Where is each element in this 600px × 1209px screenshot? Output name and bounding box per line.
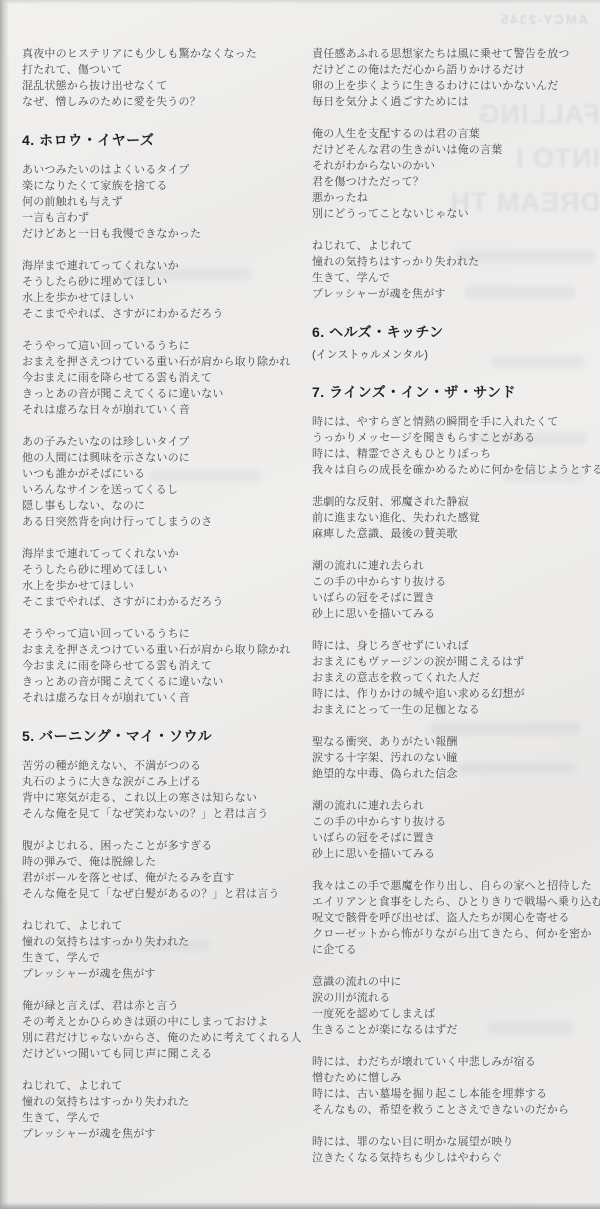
lyric-stanza: 時には、身じろぎせずにいればおまえにもヴァージンの涙が聞こえるはずおまえの意志を… [312,638,598,718]
lyric-line: あの子みたいなのは珍しいタイプ [22,434,308,450]
track-heading: 6. ヘルズ・キッチン [312,322,598,342]
lyric-line: そんなもの、希望を救うことさえできないのだから [312,1102,598,1118]
lyric-line: 憎むために憎しみ [312,1070,598,1086]
lyric-line: 絶望的な中毒、偽られた信念 [312,766,598,782]
lyric-line: 時には、罪のない目に明かな展望が映り [312,1134,598,1150]
lyric-line: 我々はこの手で悪魔を作り出し、自らの家へと招待した [312,878,598,894]
lyric-stanza: 意識の流れの中に涙の川が流れる一度死を認めてしまえば生きることが楽になるはずだ [312,974,598,1038]
lyric-stanza: ねじれて、よじれて憧れの気持ちはすっかり失われた生きて、学んでプレッシャーが魂を… [22,918,308,982]
lyric-stanza: 腹がよじれる、困ったことが多すぎる時の弾みで、俺は脱線した君がボールを落とせば、… [22,838,308,902]
lyric-line: 責任感あふれる思想家たちは風に乗せて警告を放つ [312,46,598,62]
lyric-line: 潮の流れに連れ去られ [312,798,598,814]
lyric-line: そこまでやれば、さすがにわかるだろう [22,306,308,322]
lyric-line: 俺の人生を支配するのは君の言葉 [312,126,598,142]
lyric-stanza: 苦労の種が絶えない、不満がつのる丸石のように大きな涙がこみ上げる背中に寒気が走る… [22,758,308,822]
lyric-line: うっかりメッセージを聞きもらすことがある [312,430,598,446]
lyric-line: ねじれて、よじれて [22,918,308,934]
lyric-stanza: 俺が緑と言えば、君は赤と言うその考えとかひらめきは頭の中にしまっておけよ別に君だ… [22,998,308,1062]
lyric-line: 砂上に思いを描いてみる [312,606,598,622]
lyric-line: 生きて、学んで [22,950,308,966]
lyric-line: 時の弾みで、俺は脱線した [22,854,308,870]
lyric-line: なぜ、憎しみのために愛を失うの？ [22,94,308,110]
lyric-line: 真夜中のヒステリアにも少しも驚かなくなった [22,46,308,62]
lyric-stanza: そうやって這い回っているうちにおまえを押さえつけている重い石が肩から取り除かれ今… [22,338,308,418]
page-fold-shadow [0,0,9,1209]
lyric-line: だけどそんな君の生きがいは俺の言葉 [312,142,598,158]
lyric-line: 呪文で骸骨を呼び出せば、盗人たちが関心を寄せる [312,910,598,926]
lyric-line: いろんなサインを送ってくるし [22,482,308,498]
lyric-stanza: あの子みたいなのは珍しいタイプ他の人間には興味を示さないのにいつも誰かがそばにい… [22,434,308,530]
lyric-stanza: 悲劇的な反射、邪魔された静寂前に進まない進化、失われた感覚麻痺した意識、最後の賛… [312,494,598,542]
lyric-line: プレッシャーが魂を焦がす [22,966,308,982]
lyric-line: 君を傷つけただって？ [312,174,598,190]
lyric-line: おまえの意志を救ってくれた人だ [312,670,598,686]
lyric-line: 砂上に思いを描いてみる [312,846,598,862]
lyric-line: おまえにとって一生の足枷となる [312,702,598,718]
lyric-line: 丸石のように大きな涙がこみ上げる [22,774,308,790]
lyric-line: ねじれて、よじれて [312,238,598,254]
lyric-line: 生きて、学んで [312,270,598,286]
lyric-stanza: ねじれて、よじれて憧れの気持ちはすっかり失われた生きて、学んでプレッシャーが魂を… [22,1078,308,1142]
lyric-line: この手の中からすり抜ける [312,814,598,830]
track-heading: 5. バーニング・マイ・ソウル [22,726,308,746]
lyric-line: 悪かったね [312,190,598,206]
lyric-stanza: 海岸まで連れてってくれないかそうしたら砂に埋めてほしい水上を歩かせてほしいそこま… [22,546,308,610]
track-heading: 7. ラインズ・イン・ザ・サンド [312,382,598,402]
lyric-line: 打たれて、傷ついて [22,62,308,78]
page-top-edge [0,0,600,4]
lyric-line: 楽になりたくて家族を捨てる [22,178,308,194]
lyric-line: その考えとかひらめきは頭の中にしまっておけよ [22,1014,308,1030]
lyric-line: おまえを押さえつけている重い石が肩から取り除かれ [22,642,308,658]
lyric-line: そんな俺を見て「なぜ白髪があるの？」と君は言う [22,886,308,902]
lyric-line: だけどあと一日も我慢できなかった [22,226,308,242]
bleedthrough-catalog-number: AMCY-2345 [448,12,588,27]
lyric-line: あいつみたいのはよくいるタイプ [22,162,308,178]
lyric-line: 聖なる衝突、ありがたい報酬 [312,734,598,750]
lyric-line: 腹がよじれる、困ったことが多すぎる [22,838,308,854]
lyric-line: 悲劇的な反射、邪魔された静寂 [312,494,598,510]
lyric-line: いばらの冠をそばに置き [312,830,598,846]
lyric-line: ねじれて、よじれて [22,1078,308,1094]
lyric-line: だけどいつ聞いても同じ声に聞こえる [22,1046,308,1062]
lyric-line: そうしたら砂に埋めてほしい [22,274,308,290]
lyric-line: 他の人間には興味を示さないのに [22,450,308,466]
lyric-stanza: ねじれて、よじれて憧れの気持ちはすっかり失われた生きて、学んでプレッシャーが魂を… [312,238,598,302]
lyric-sheet-page: AMCY-2345 FALLING INTO I DREAM TH 真夜中のヒス… [0,0,600,1209]
lyric-line: そこまでやれば、さすがにわかるだろう [22,594,308,610]
lyric-line: 生きて、学んで [22,1110,308,1126]
lyric-stanza: 俺の人生を支配するのは君の言葉だけどそんな君の生きがいは俺の言葉それがわからない… [312,126,598,222]
lyric-line: 時には、身じろぎせずにいれば [312,638,598,654]
lyrics-column-right: 責任感あふれる思想家たちは風に乗せて警告を放つだけどこの俺はただ心から語りかける… [312,46,598,1182]
lyric-line: だけどこの俺はただ心から語りかけるだけ [312,62,598,78]
lyric-line: 毎日を気分よく過ごすためには [312,94,598,110]
lyric-line: いばらの冠をそばに置き [312,590,598,606]
lyric-line: おまえにもヴァージンの涙が聞こえるはず [312,654,598,670]
track-heading: 4. ホロウ・イヤーズ [22,130,308,150]
lyric-line: 隠し事もしない、なのに [22,498,308,514]
lyric-line: 時には、やすらぎと情熱の瞬間を手に入れたくて [312,414,598,430]
lyric-line: おまえを押さえつけている重い石が肩から取り除かれ [22,354,308,370]
lyric-line: それがわからないのかい [312,158,598,174]
lyric-line: 時には、古い墓場を掘り起こし本能を埋葬する [312,1086,598,1102]
lyric-stanza: 潮の流れに連れ去られこの手の中からすり抜けるいばらの冠をそばに置き砂上に思いを描… [312,558,598,622]
lyric-line: 今おまえに雨を降らせてる雲も消えて [22,658,308,674]
lyric-line: 涙する十字架、汚れのない瞳 [312,750,598,766]
lyric-stanza: 時には、わだちが壊れていく中悲しみが宿る憎むために憎しみ時には、古い墓場を掘り起… [312,1054,598,1118]
lyric-line: 麻痺した意識、最後の賛美歌 [312,526,598,542]
lyric-line: 背中に寒気が走る、これ以上の寒さは知らない [22,790,308,806]
lyric-line: この手の中からすり抜ける [312,574,598,590]
lyric-line: それは虚ろな日々が崩れていく音 [22,402,308,418]
lyric-line: 卵の上を歩くように生きるわけにはいかないんだ [312,78,598,94]
lyric-line: 君がボールを落とせば、俺がたるみを直す [22,870,308,886]
lyric-line: いつも誰かがそばにいる [22,466,308,482]
track-subnote: (インストゥルメンタル) [312,346,598,362]
lyric-line: 意識の流れの中に [312,974,598,990]
lyric-line: そうやって這い回っているうちに [22,338,308,354]
page-bottom-edge [0,1202,600,1209]
lyric-line: 憧れの気持ちはすっかり失われた [22,934,308,950]
lyric-line: 前に進まない進化、失われた感覚 [312,510,598,526]
lyric-stanza: 海岸まで連れてってくれないかそうしたら砂に埋めてほしい水上を歩かせてほしいそこま… [22,258,308,322]
lyric-line: そうしたら砂に埋めてほしい [22,562,308,578]
lyric-line: 何の前触れも与えず [22,194,308,210]
lyric-line: 混乱状態から抜け出せなくて [22,78,308,94]
lyric-stanza: 責任感あふれる思想家たちは風に乗せて警告を放つだけどこの俺はただ心から語りかける… [312,46,598,110]
lyric-line: 一度死を認めてしまえば [312,1006,598,1022]
lyric-stanza: 聖なる衝突、ありがたい報酬涙する十字架、汚れのない瞳絶望的な中毒、偽られた信念 [312,734,598,782]
lyric-line: 時には、わだちが壊れていく中悲しみが宿る [312,1054,598,1070]
lyric-line: 水上を歩かせてほしい [22,578,308,594]
lyric-line: 別にどうってことないじゃない [312,206,598,222]
lyric-line: に企てる [312,942,598,958]
lyric-line: きっとあの音が聞こえてくるに違いない [22,674,308,690]
lyric-line: 今おまえに雨を降らせてる雲も消えて [22,370,308,386]
lyric-stanza: そうやって這い回っているうちにおまえを押さえつけている重い石が肩から取り除かれ今… [22,626,308,706]
lyric-line: 涙の川が流れる [312,990,598,1006]
lyric-stanza: 時には、罪のない目に明かな展望が映り泣きたくなる気持ちも少しはやわらぐ [312,1134,598,1166]
lyric-line: クローゼットから怖がりながら出てきたら、何かを密か [312,926,598,942]
lyric-stanza: あいつみたいのはよくいるタイプ楽になりたくて家族を捨てる何の前触れも与えず一言も… [22,162,308,242]
lyric-line: 別に君だけじゃないからさ、俺のために考えてくれる人 [22,1030,308,1046]
lyric-stanza: 真夜中のヒステリアにも少しも驚かなくなった打たれて、傷ついて混乱状態から抜け出せ… [22,46,308,110]
lyric-line: 憧れの気持ちはすっかり失われた [312,254,598,270]
lyric-line: 潮の流れに連れ去られ [312,558,598,574]
lyric-line: プレッシャーが魂を焦がす [312,286,598,302]
lyric-line: 海岸まで連れてってくれないか [22,258,308,274]
lyric-line: 憧れの気持ちはすっかり失われた [22,1094,308,1110]
lyric-line: 海岸まで連れてってくれないか [22,546,308,562]
lyric-line: 苦労の種が絶えない、不満がつのる [22,758,308,774]
lyric-line: 一言も言わず [22,210,308,226]
lyric-stanza: 潮の流れに連れ去られこの手の中からすり抜けるいばらの冠をそばに置き砂上に思いを描… [312,798,598,862]
lyric-line: 我々は自らの成長を確かめるために何かを信じようとする [312,462,598,478]
lyric-line: 生きることが楽になるはずだ [312,1022,598,1038]
lyric-line: きっとあの音が聞こえてくるに違いない [22,386,308,402]
lyric-stanza: 我々はこの手で悪魔を作り出し、自らの家へと招待したエイリアンと食事をしたら、ひと… [312,878,598,958]
lyric-line: 時には、作りかけの城や追い求める幻想が [312,686,598,702]
lyric-stanza: 時には、やすらぎと情熱の瞬間を手に入れたくてうっかりメッセージを聞きもらすことが… [312,414,598,478]
lyric-line: プレッシャーが魂を焦がす [22,1126,308,1142]
lyric-line: それは虚ろな日々が崩れていく音 [22,690,308,706]
lyric-line: そうやって這い回っているうちに [22,626,308,642]
lyric-line: 水上を歩かせてほしい [22,290,308,306]
lyric-line: エイリアンと食事をしたら、ひとりきりで戦場へ乗り込む [312,894,598,910]
lyric-line: ある日突然背を向け行ってしまうのさ [22,514,308,530]
lyric-line: そんな俺を見て「なぜ笑わないの？」と君は言う [22,806,308,822]
lyric-line: 時には、精霊でさえもひとりぼっち [312,446,598,462]
lyric-line: 泣きたくなる気持ちも少しはやわらぐ [312,1150,598,1166]
lyrics-column-left: 真夜中のヒステリアにも少しも驚かなくなった打たれて、傷ついて混乱状態から抜け出せ… [22,46,308,1158]
lyric-line: 俺が緑と言えば、君は赤と言う [22,998,308,1014]
